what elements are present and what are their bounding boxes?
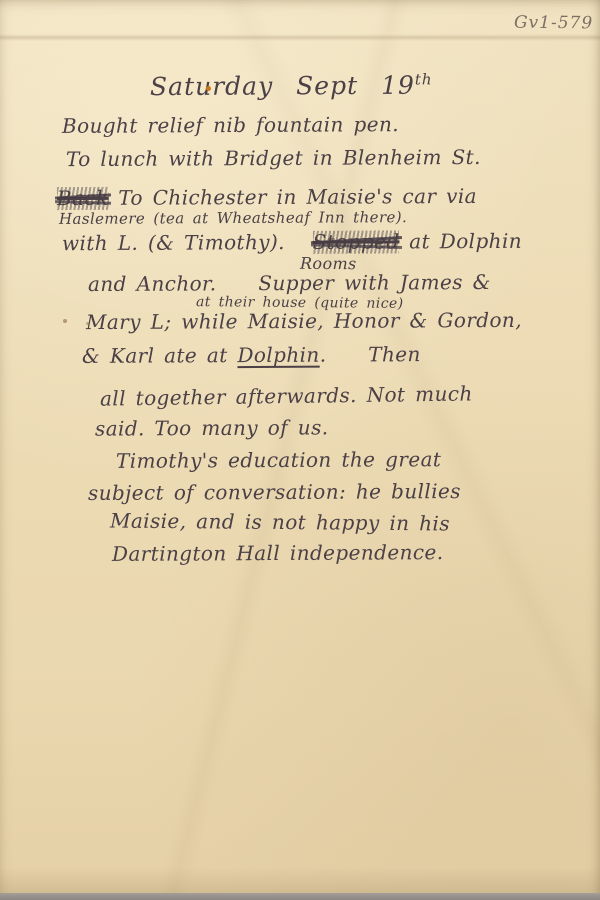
diary-line-maryl: Mary L; while Maisie, Honor & Gordon, — [86, 309, 522, 334]
paper-crease — [0, 34, 600, 41]
diary-line-education: Timothy's education the great — [116, 448, 441, 473]
struck-word: Stopped — [313, 230, 400, 253]
diary-page: Gv1-579 Saturday Sept 19th Bought relief… — [0, 0, 600, 900]
entry-heading: Saturday Sept 19th — [150, 71, 433, 102]
diary-line-haslemere: Haslemere (tea at Wheatsheaf Inn there). — [59, 209, 407, 228]
ink-speck — [206, 86, 211, 91]
diary-line-text: To Chichester in Maisie's car via — [118, 184, 477, 210]
struck-word: Back — [57, 187, 109, 210]
diary-line-toomany: said. Too many of us. — [95, 416, 329, 440]
diary-line-text: and Anchor. — [88, 271, 217, 296]
page-bottom-edge — [0, 893, 600, 900]
diary-line-pen: Bought relief nib fountain pen. — [62, 113, 399, 138]
diary-line-text: & Karl ate at — [82, 343, 228, 368]
diary-line-karl: & Karl ate at Dolphin. Then — [82, 343, 421, 368]
diary-line-timothy: with L. (& Timothy). Stopped at Dolphin — [62, 230, 522, 255]
diary-line-anchor: and Anchor. Supper with James & — [88, 271, 491, 296]
entry-date: Saturday Sept 19 — [150, 71, 415, 101]
paper-speck — [86, 322, 89, 325]
diary-line-text: at Dolphin — [409, 229, 522, 254]
diary-line-conversation: subject of conversation: he bullies — [88, 480, 461, 505]
diary-line-text: Supper with James & — [258, 270, 491, 295]
diary-line-dartington: Dartington Hall independence. — [112, 541, 444, 566]
diary-line-together: all together afterwards. Not much — [100, 382, 473, 410]
date-ordinal: th — [415, 70, 433, 88]
diary-line-chichester: Back To Chichester in Maisie's car via — [57, 185, 477, 210]
underlined-word-dolphin: Dolphin — [237, 343, 319, 367]
diary-line-nothappy: Maisie, and is not happy in his — [110, 510, 450, 536]
diary-line-lunch: To lunch with Bridget in Blenheim St. — [66, 146, 481, 171]
paper-edge-shadow — [0, 867, 600, 893]
diary-line-text: with L. (& Timothy). — [62, 230, 285, 255]
archive-inscription: Gv1-579 — [514, 14, 593, 34]
diary-line-text: Then — [368, 342, 421, 366]
paper-speck — [63, 319, 67, 323]
diary-line-text: . — [320, 343, 327, 367]
